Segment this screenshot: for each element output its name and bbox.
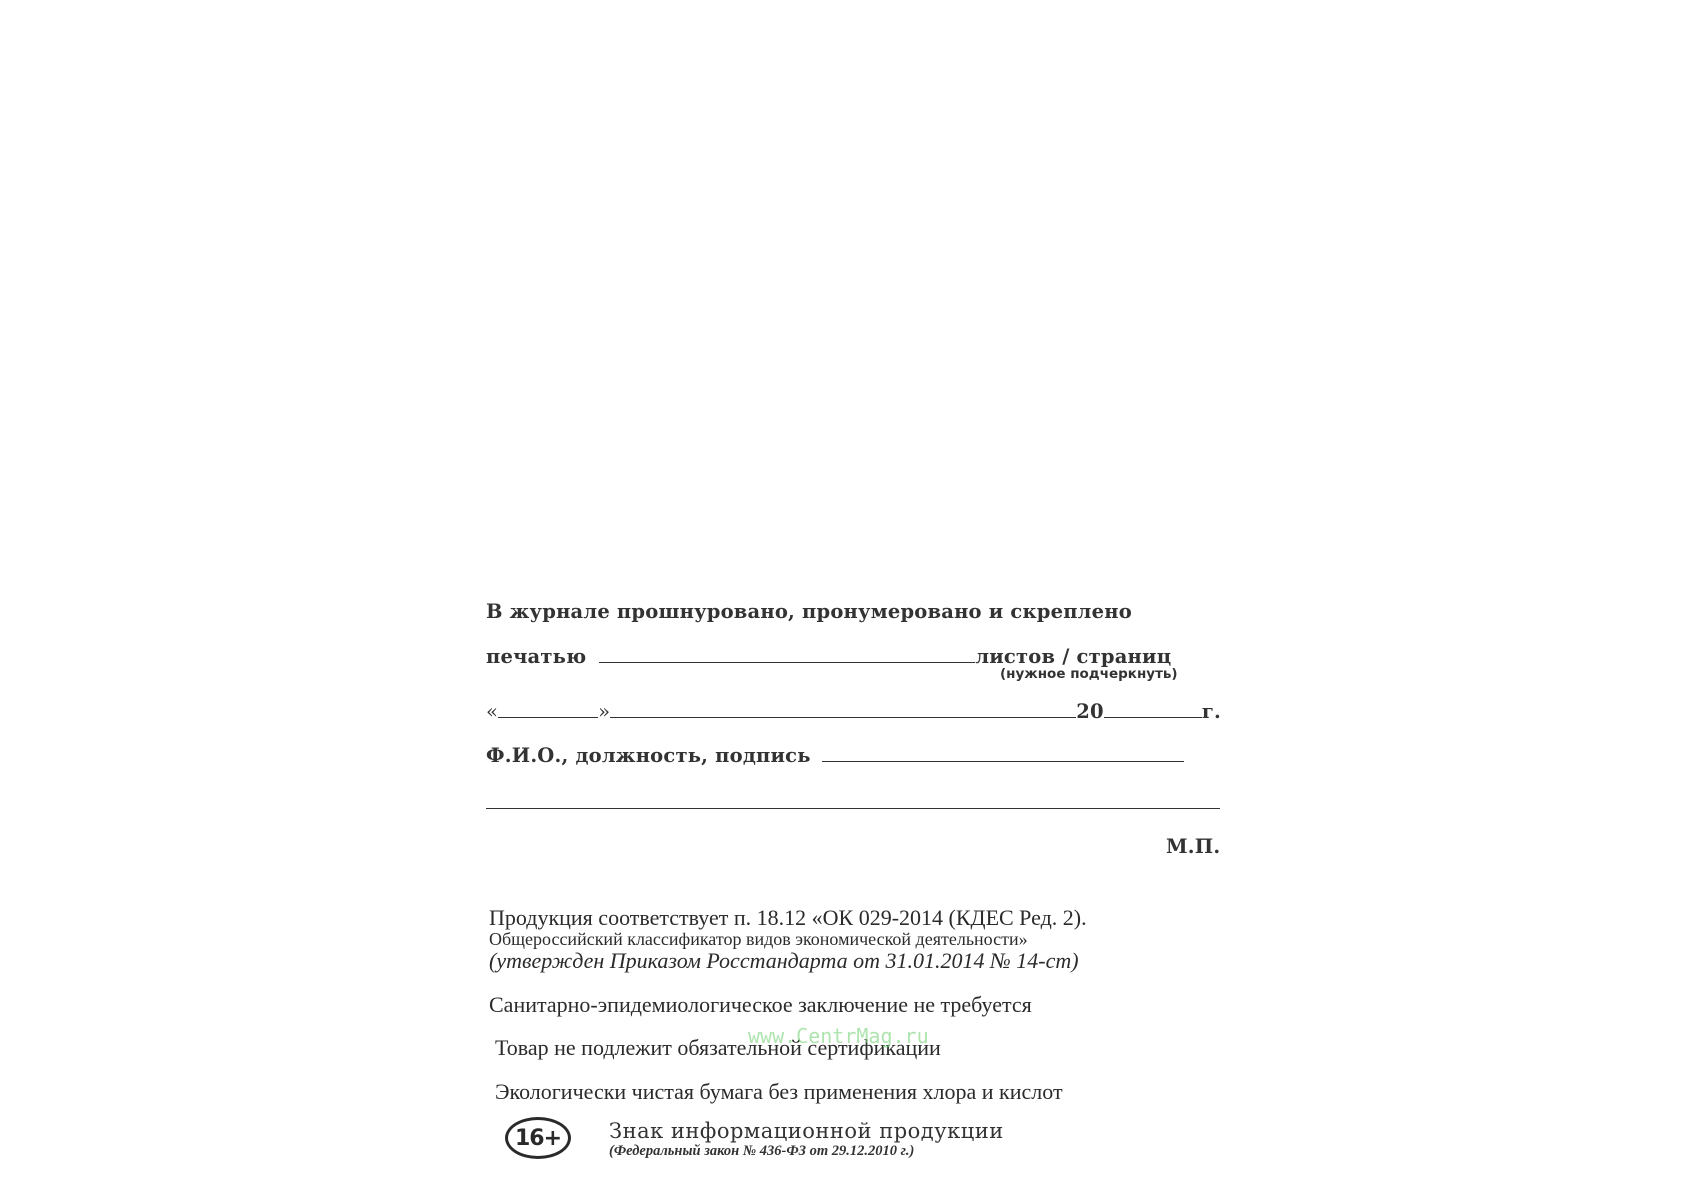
compliance-line-3: (утвержден Приказом Росстандарта от 31.0… bbox=[489, 948, 1079, 974]
extra-signature-blank bbox=[486, 808, 1220, 809]
compliance-line-2: Общероссийский классификатор видов эконо… bbox=[489, 929, 1028, 950]
signature-label: Ф.И.О., должность, подпись bbox=[486, 744, 811, 767]
ecology-note: Экологически чистая бумага без применени… bbox=[495, 1079, 1063, 1105]
form-line-2: печатью листов / страниц bbox=[486, 645, 1171, 668]
info-product-sign-law: (Федеральный закон № 436-ФЗ от 29.12.201… bbox=[609, 1143, 914, 1160]
signature-line: Ф.И.О., должность, подпись bbox=[486, 744, 1184, 767]
stamp-label: М.П. bbox=[1166, 835, 1220, 858]
year-prefix: 20 bbox=[1076, 700, 1104, 723]
compliance-line-1: Продукция соответствует п. 18.12 «ОК 029… bbox=[489, 905, 1087, 931]
date-open-quote: « bbox=[486, 700, 498, 723]
sanitary-note: Санитарно-эпидемиологическое заключение … bbox=[489, 992, 1032, 1018]
underline-hint: (нужное подчеркнуть) bbox=[1000, 666, 1178, 682]
date-close-quote: » bbox=[598, 700, 610, 723]
info-product-sign-title: Знак информационной продукции bbox=[609, 1119, 1004, 1143]
signature-blank bbox=[822, 760, 1184, 762]
year-suffix: г. bbox=[1202, 700, 1221, 723]
watermark: www.CentrMag.ru bbox=[748, 1024, 929, 1048]
sheets-count-blank bbox=[599, 661, 975, 663]
form-line-2-prefix: печатью bbox=[486, 645, 586, 668]
month-blank bbox=[610, 716, 1076, 718]
form-line-1: В журнале прошнуровано, пронумеровано и … bbox=[486, 600, 1132, 623]
day-blank bbox=[498, 716, 598, 718]
form-line-2-suffix: листов / страниц bbox=[975, 645, 1171, 668]
date-line: «»20г. bbox=[486, 700, 1221, 723]
year-blank bbox=[1104, 716, 1202, 718]
age-rating-16-icon: 16+ bbox=[505, 1117, 571, 1159]
